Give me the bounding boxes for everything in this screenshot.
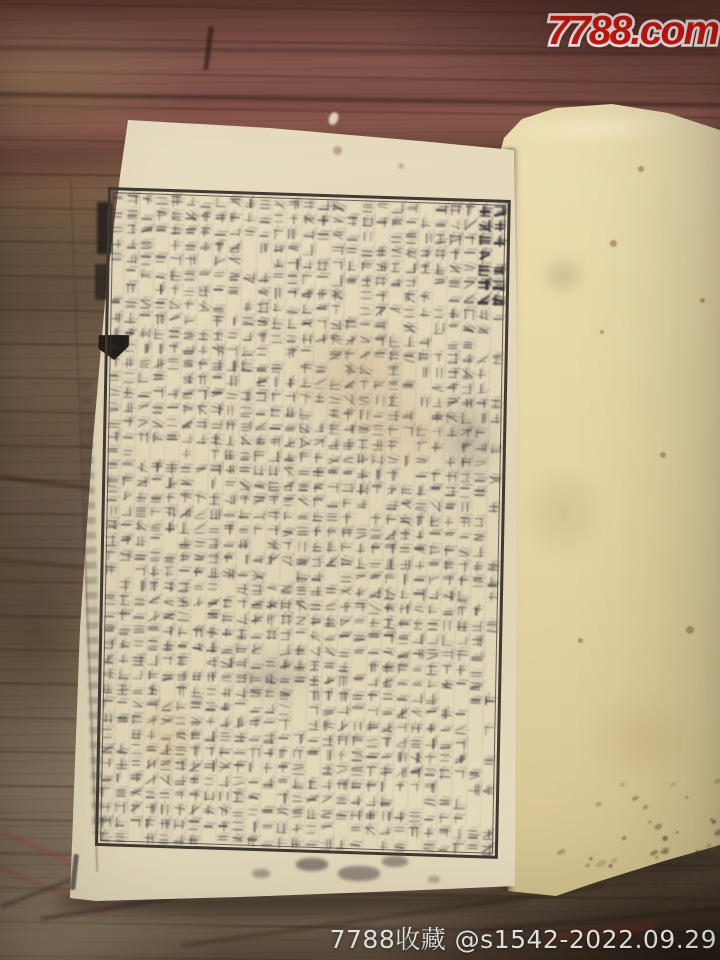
watermark-7788-logo: 7788.com — [536, 0, 720, 62]
ink-smudge — [252, 869, 270, 878]
foxing-spot — [638, 166, 644, 172]
foxing-spot — [700, 298, 705, 303]
ink-smudge — [382, 856, 408, 867]
foxing-spot — [660, 452, 666, 458]
right-page-stain — [518, 462, 606, 562]
foxing-spot — [686, 626, 694, 634]
page-stain — [138, 688, 194, 784]
watermark-caption: 7788收藏 @s1542-2022.09.29 — [330, 920, 717, 956]
right-page-stain — [537, 252, 589, 298]
ink-smudge — [428, 876, 440, 883]
foxing-spot — [600, 330, 604, 334]
foxing-spot — [333, 146, 342, 155]
foxing-spot — [398, 163, 404, 169]
photo-antique-book: 7788.com 7788收藏 @s1542-2022.09.29 — [0, 0, 720, 960]
foxing-spot — [610, 240, 617, 247]
page-stain — [233, 642, 315, 708]
ink-smudge — [338, 866, 380, 881]
foxing-speckles-canvas — [523, 728, 720, 913]
watermark-logo-text: 7788.com — [547, 7, 718, 53]
foxing-spot — [578, 638, 583, 643]
ink-smudge — [296, 858, 328, 871]
page-stain — [432, 390, 504, 486]
